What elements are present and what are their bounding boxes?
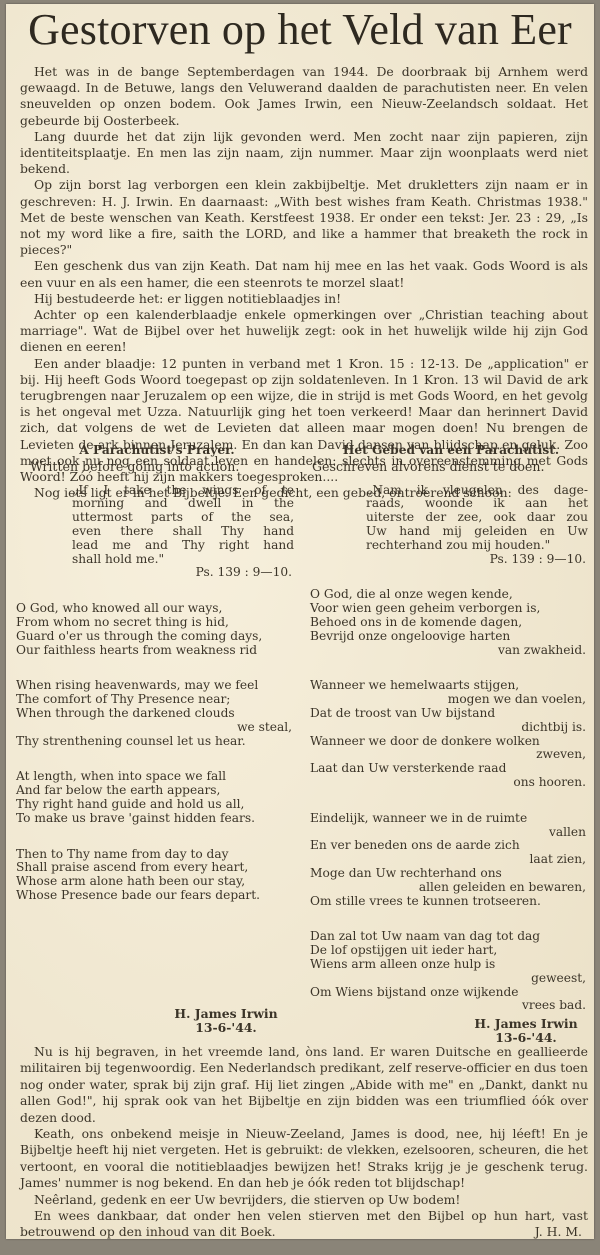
verse-line: At length, when into space we fall	[16, 770, 298, 784]
author-name: H. James Irwin	[166, 1007, 286, 1021]
verse-line: Wanneer we door de donkere wolken	[310, 735, 592, 749]
verse-line: mogen we dan voelen,	[310, 693, 592, 707]
stanza: Eindelijk, wanneer we in de ruimtevallen…	[310, 812, 592, 909]
verse-line: En ver beneden ons de aarde zich	[310, 839, 592, 853]
verse-line: When through the darkened clouds	[16, 707, 298, 721]
signature-english: H. James Irwin 13-6-'44.	[166, 1007, 286, 1035]
quote-line: raads, woonde ik aan het	[366, 497, 588, 511]
verse-line: laat zien,	[310, 853, 592, 867]
paragraph: Hij bestudeerde het: er liggen notitiebl…	[20, 291, 588, 307]
verse-line: O God, who knowed all our ways,	[16, 602, 298, 616]
verse-line: Moge dan Uw rechterhand ons	[310, 867, 592, 881]
verse-line: Om stille vrees te kunnen trotseeren.	[310, 895, 592, 909]
newspaper-clipping: Gestorven op het Veld van Eer Het was in…	[6, 4, 594, 1239]
article-intro: Het was in de bange Septemberdagen van 1…	[20, 64, 588, 501]
stanza: Dan zal tot Uw naam van dag tot dagDe lo…	[310, 930, 592, 1013]
verse-line: Whose Presence bade our fears depart.	[16, 889, 298, 903]
poem-dutch: Het Gebed van een Parachutist. Geschreve…	[310, 444, 592, 1013]
closing-text: En wees dankbaar, dat onder hen velen st…	[20, 1208, 588, 1239]
signature-dutch: H. James Irwin 13-6-'44.	[466, 1017, 586, 1045]
quote-line: uiterste der zee, ook daar zou	[366, 511, 588, 525]
poem-title: A Parachutist's Prayer.	[16, 444, 298, 458]
stanza: At length, when into space we fallAnd fa…	[16, 770, 298, 825]
quote-line: rechterhand zou mij houden."	[366, 539, 588, 553]
verse-line: Eindelijk, wanneer we in de ruimte	[310, 812, 592, 826]
paragraph: Achter op een kalenderblaadje enkele opm…	[20, 307, 588, 356]
verse-line: we steal,	[16, 721, 298, 735]
verse-line: Thy strenthening counsel let us hear.	[16, 735, 298, 749]
paragraph: Een geschenk dus van zijn Keath. Dat nam…	[20, 258, 588, 290]
verse-line: To make us brave 'gainst hidden fears.	[16, 812, 298, 826]
verse-line: Shall praise ascend from every heart,	[16, 861, 298, 875]
stanza: When rising heavenwards, may we feelThe …	[16, 679, 298, 748]
verse-line: Voor wien geen geheim verborgen is,	[310, 602, 592, 616]
verse-line: Dan zal tot Uw naam van dag tot dag	[310, 930, 592, 944]
verse-line: zweven,	[310, 748, 592, 762]
verse-line: And far below the earth appears,	[16, 784, 298, 798]
verse-line: vallen	[310, 826, 592, 840]
verse-line: Bevrijd onze ongeloovige harten	[310, 630, 592, 644]
paragraph: Nu is hij begraven, in het vreemde land,…	[20, 1044, 588, 1126]
verse-line: Behoed ons in de komende dagen,	[310, 616, 592, 630]
quote-line: lead me and Thy right hand	[72, 539, 294, 553]
verse-line: Our faithless hearts from weakness rid	[16, 644, 298, 658]
verse-line: Laat dan Uw versterkende raad	[310, 762, 592, 776]
verse-line: Om Wiens bijstand onze wijkende	[310, 986, 592, 1000]
quote-line: shall hold me."	[72, 553, 294, 567]
verse-line: van zwakheid.	[310, 644, 592, 658]
stanza: Wanneer we hemelwaarts stijgen,mogen we …	[310, 679, 592, 789]
verse-line: geweest,	[310, 972, 592, 986]
paragraph: Neêrland, gedenk en eer Uw bevrijders, d…	[20, 1192, 588, 1208]
quote-line: morning and dwell in the	[72, 497, 294, 511]
author-name: H. James Irwin	[466, 1017, 586, 1031]
verse-line: O God, die al onze wegen kende,	[310, 588, 592, 602]
author-date: 13-6-'44.	[166, 1021, 286, 1035]
author-initials: J. H. M.	[521, 1224, 582, 1240]
verse-line: Dat de troost van Uw bijstand	[310, 707, 592, 721]
author-date: 13-6-'44.	[466, 1031, 586, 1045]
stanza: O God, die al onze wegen kende,Voor wien…	[310, 588, 592, 657]
quote-line: even there shall Thy hand	[72, 525, 294, 539]
psalm-quote: „If I take the wings of temorning and dw…	[72, 484, 294, 567]
paragraph: Keath, ons onbekend meisje in Nieuw-Zeel…	[20, 1126, 588, 1192]
verse-line: When rising heavenwards, may we feel	[16, 679, 298, 693]
paragraph: Lang duurde het dat zijn lijk gevonden w…	[20, 129, 588, 178]
paragraph: Het was in de bange Septemberdagen van 1…	[20, 64, 588, 129]
poem-subtitle: Written before going into action.	[16, 460, 298, 474]
verse-line: Then to Thy name from day to day	[16, 848, 298, 862]
verse-line: Wanneer we hemelwaarts stijgen,	[310, 679, 592, 693]
quote-line: „If I take the wings of te	[72, 484, 294, 498]
verse-line: ons hooren.	[310, 776, 592, 790]
verse-line: Guard o'er us through the coming days,	[16, 630, 298, 644]
stanza: O God, who knowed all our ways,From whom…	[16, 602, 298, 657]
verse-line: Thy right hand guide and hold us all,	[16, 798, 298, 812]
article-title: Gestorven op het Veld van Eer	[6, 6, 594, 54]
verse-line: The comfort of Thy Presence near;	[16, 693, 298, 707]
poem-english: A Parachutist's Prayer. Written before g…	[16, 444, 298, 903]
poem-subtitle: Geschreven alvorens dienst te doen.	[310, 460, 592, 474]
psalm-reference: Ps. 139 : 9—10.	[310, 553, 592, 567]
article-outro: Nu is hij begraven, in het vreemde land,…	[20, 1044, 588, 1241]
verse-line: allen geleiden en bewaren,	[310, 881, 592, 895]
paragraph: En wees dankbaar, dat onder hen velen st…	[20, 1208, 588, 1241]
quote-line: „Nam ik vleugelen des dage-	[366, 484, 588, 498]
quote-line: Uw hand mij geleiden en Uw	[366, 525, 588, 539]
verse-line: From whom no secret thing is hid,	[16, 616, 298, 630]
verse-line: Whose arm alone hath been our stay,	[16, 875, 298, 889]
verse-line: vrees bad.	[310, 999, 592, 1013]
psalm-quote: „Nam ik vleugelen des dage-raads, woonde…	[366, 484, 588, 553]
psalm-reference: Ps. 139 : 9—10.	[16, 566, 298, 580]
paragraph: Op zijn borst lag verborgen een klein za…	[20, 177, 588, 258]
stanza: Then to Thy name from day to dayShall pr…	[16, 848, 298, 903]
verse-line: Wiens arm alleen onze hulp is	[310, 958, 592, 972]
verse-line: dichtbij is.	[310, 721, 592, 735]
poem-stanzas: O God, die al onze wegen kende,Voor wien…	[310, 588, 592, 1013]
poem-stanzas: O God, who knowed all our ways,From whom…	[16, 602, 298, 903]
verse-line: De lof opstijgen uit ieder hart,	[310, 944, 592, 958]
poem-title: Het Gebed van een Parachutist.	[310, 444, 592, 458]
quote-line: uttermost parts of the sea,	[72, 511, 294, 525]
